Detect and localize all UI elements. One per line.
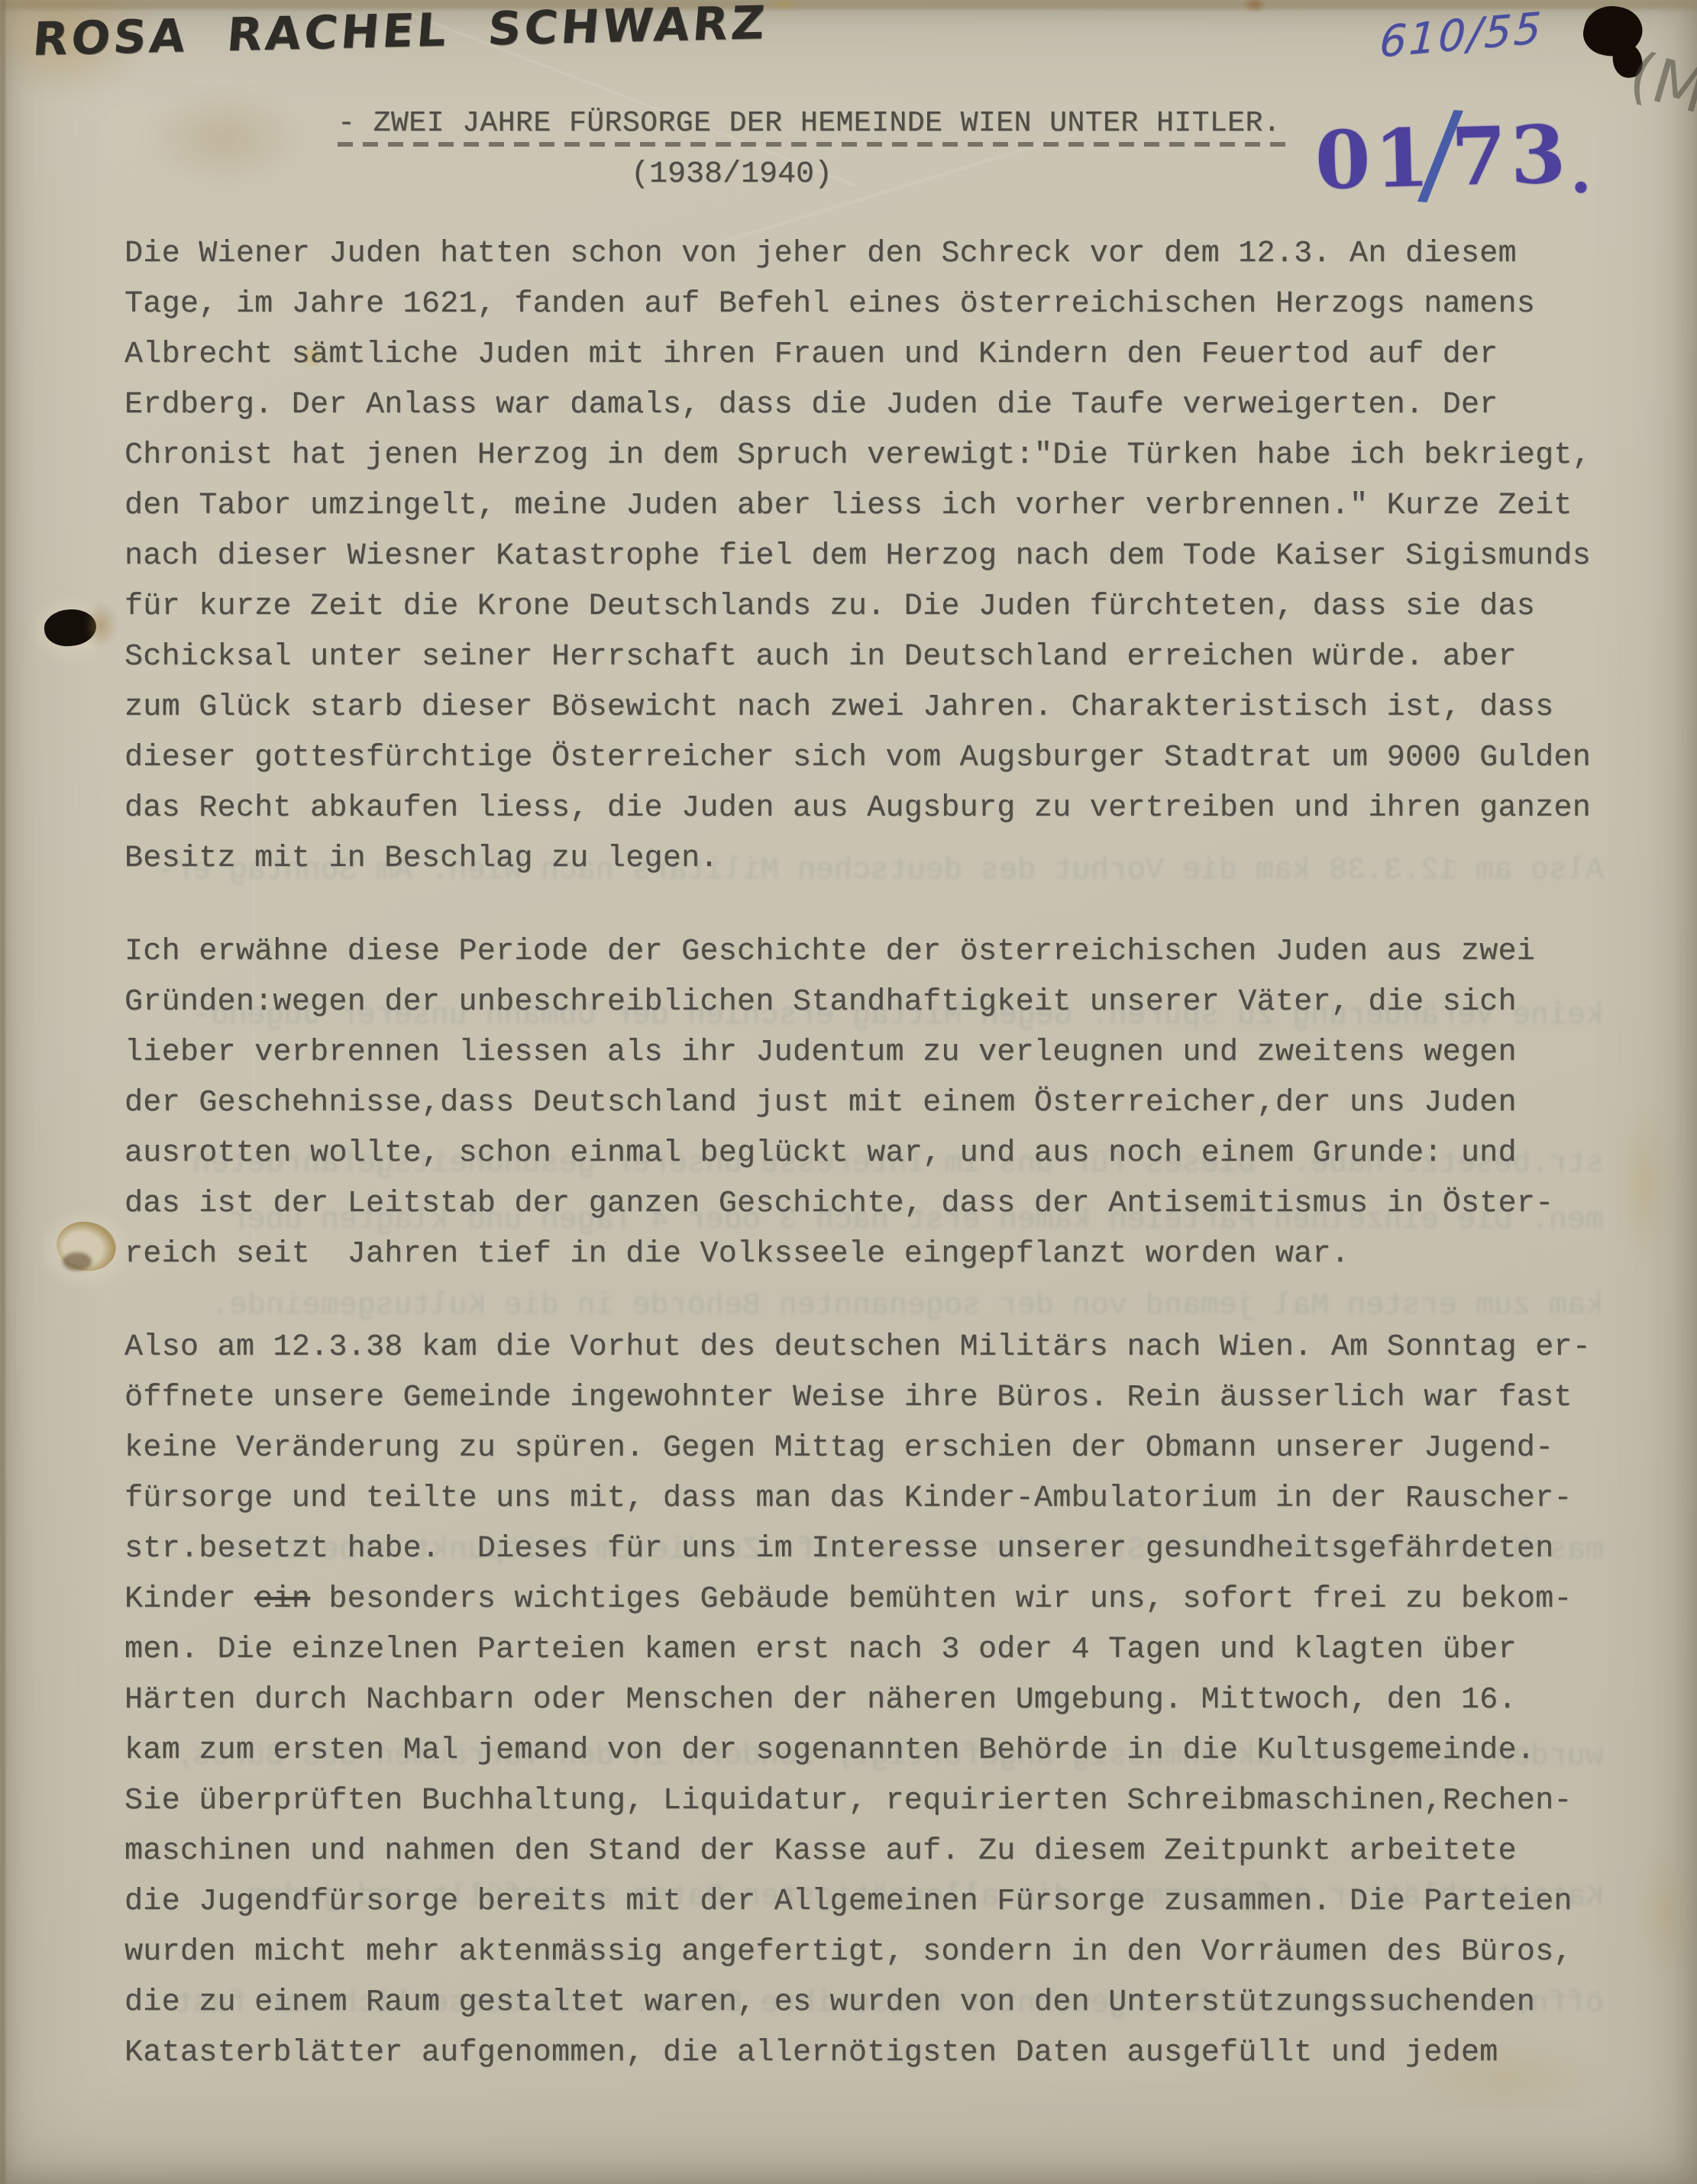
- typewritten-line: Chronist hat jenen Herzog in dem Spruch …: [124, 431, 1591, 481]
- bleed-through-line: str.besetzt habe. Dieses für uns im Inte…: [115, 1147, 1604, 1181]
- typewritten-line: der Geschehnisse,dass Deutschland just m…: [124, 1078, 1591, 1129]
- typewritten-line: Katasterblätter aufgenommen, die allernö…: [124, 2028, 1591, 2079]
- typewritten-line: Schicksal unter seiner Herrschaft auch i…: [124, 632, 1591, 683]
- typewritten-line: zum Glück starb dieser Bösewicht nach zw…: [124, 683, 1591, 733]
- stamp-number-right: 73: [1450, 107, 1571, 204]
- bleed-through-line: maschinen und nahmen den Stand der Kasse…: [115, 1533, 1604, 1568]
- typewritten-line: fürsorge und teilte uns mit, dass man da…: [124, 1474, 1591, 1524]
- typewritten-line: Erdberg. Der Anlass war damals, dass die…: [124, 380, 1591, 431]
- bleed-through-line: men. Die einzelnen Parteien kamen erst n…: [115, 1203, 1604, 1238]
- bleed-through-line: kam zum ersten Mal jemand von der sogena…: [115, 1289, 1604, 1323]
- stamp-number-left: 01: [1314, 111, 1434, 208]
- handwritten-name: ROSA RACHEL SCHWARZ: [31, 0, 770, 66]
- title-underline: [338, 142, 1289, 147]
- typewritten-line: Tage, im Jahre 1621, fanden auf Befehl e…: [124, 279, 1591, 330]
- typewritten-line: Ich erwähne diese Periode der Geschichte…: [124, 927, 1591, 977]
- scan-left-edge: [0, 0, 5, 2184]
- typewritten-line: öffnete unsere Gemeinde ingewohnter Weis…: [124, 1373, 1591, 1423]
- typewritten-line: Sie überprüften Buchhaltung, Liquidatur,…: [124, 1776, 1591, 1827]
- document-subtitle: (1938/1940): [631, 157, 832, 192]
- edge-stain: [1618, 1103, 1671, 1264]
- typewritten-line: men. Die einzelnen Parteien kamen erst n…: [124, 1625, 1591, 1675]
- bleed-through-line: Also am 12.3.38 kam die Vorhut des deuts…: [115, 854, 1604, 888]
- stamp-period: .: [1569, 134, 1595, 207]
- typewritten-line: nach dieser Wiesner Katastrophe fiel dem…: [124, 531, 1591, 582]
- typewritten-line: Also am 12.3.38 kam die Vorhut des deuts…: [124, 1323, 1591, 1373]
- typewritten-line: Die Wiener Juden hatten schon von jeher …: [124, 229, 1591, 279]
- torn-hole-shadow: [63, 1252, 92, 1271]
- bleed-through-line: wurden micht mehr aktenmässig angefertig…: [115, 1740, 1604, 1774]
- line-text: besonders wichtiges Gebäude bemühten wir…: [310, 1582, 1573, 1617]
- typewritten-line: keine Veränderung zu spüren. Gegen Mitta…: [124, 1423, 1591, 1474]
- typewritten-line: lieber verbrennen liessen als ihr Judent…: [124, 1028, 1591, 1078]
- typewritten-line: wurden micht mehr aktenmässig angefertig…: [124, 1927, 1591, 1978]
- typewritten-line: das Recht abkaufen liess, die Juden aus …: [124, 783, 1591, 834]
- typewritten-line: Kinder ein besonders wichtiges Gebäude b…: [124, 1575, 1591, 1625]
- struck-out-word: ein: [254, 1582, 310, 1617]
- stamp-pen-slash: /: [1421, 152, 1463, 155]
- bleed-through-line: Katasterblätter aufgenommen, die allernö…: [115, 1880, 1604, 1914]
- punch-hole-smear: [84, 602, 118, 649]
- bottom-edge-stain: [1638, 1848, 1692, 1978]
- rust-speck: [1243, 0, 1266, 12]
- document-page: ROSA RACHEL SCHWARZ 610/55 (M 01/73. - Z…: [0, 0, 1697, 2184]
- paragraph-history: Die Wiener Juden hatten schon von jeher …: [124, 229, 1591, 884]
- typewritten-line: für kurze Zeit die Krone Deutschlands zu…: [124, 582, 1591, 632]
- typewritten-line: den Tabor umzingelt, meine Juden aber li…: [124, 481, 1591, 531]
- typewritten-line: dieser gottesfürchtige Österreicher sich…: [124, 733, 1591, 783]
- archive-number-stamp: 01/73.: [1314, 106, 1595, 208]
- paper-stain: [145, 88, 305, 187]
- line-text: Kinder: [124, 1582, 254, 1617]
- paragraph-march-1938: Also am 12.3.38 kam die Vorhut des deuts…: [124, 1323, 1591, 2079]
- document-title: - ZWEI JAHRE FÜRSORGE DER HEMEINDE WIEN …: [338, 107, 1281, 140]
- bleed-through-line: öffnete unsere Gemeinde ingewohnter Weis…: [115, 1987, 1604, 2021]
- bleed-through-line: keine Veränderung zu spüren. Gegen Mitta…: [115, 999, 1604, 1033]
- handwritten-file-number: 610/55: [1379, 3, 1545, 67]
- typewritten-line: maschinen und nahmen den Stand der Kasse…: [124, 1827, 1591, 1877]
- typewritten-line: Härten durch Nachbarn oder Menschen der …: [124, 1675, 1591, 1726]
- typewritten-line: Albrecht sämtliche Juden mit ihren Fraue…: [124, 330, 1591, 380]
